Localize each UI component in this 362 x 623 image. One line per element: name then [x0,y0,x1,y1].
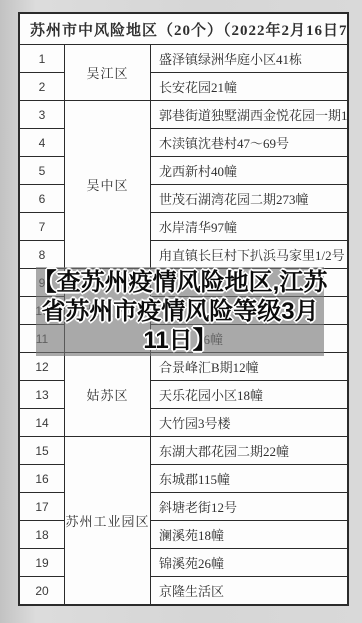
watermark-caption-line: 11日】 [143,326,216,355]
row-number: 18 [20,521,64,548]
row-number: 16 [20,465,64,492]
district-cell-sip: 苏州工业园区 [65,437,150,604]
risk-area-item: 龙西新村40幢 [151,157,347,184]
risk-area-item: 大竹园3号楼 [151,409,347,436]
row-number: 13 [20,381,64,408]
row-number: 15 [20,437,64,464]
district-cell-wuzhong: 吴中区 [65,101,150,268]
row-number: 19 [20,549,64,576]
row-number: 5 [20,157,64,184]
row-number: 14 [20,409,64,436]
risk-area-item: 甪直镇长巨村下扒浜马家里1/2号 [151,241,347,268]
screenshot-stage: 苏州市中风险地区（20个）（2022年2月16日7时） 1 2 3 4 5 6 … [0,0,362,623]
table-title: 苏州市中风险地区（20个）（2022年2月16日7时） [20,14,347,44]
district-cell-wujiang: 吴江区 [65,45,150,100]
row-number: 7 [20,213,64,240]
row-number: 8 [20,241,64,268]
row-number: 1 [20,45,64,72]
risk-area-item: 长安花园21幢 [151,73,347,100]
row-number: 2 [20,73,64,100]
risk-area-item: 锦溪苑26幢 [151,549,347,576]
watermark-caption-line: 省苏州市疫情风险等级3月 [41,297,318,326]
risk-area-item: 木渎镇沈巷村47～69号 [151,129,347,156]
watermark-caption-overlay: 【查苏州疫情风险地区,江苏 省苏州市疫情风险等级3月 11日】 [36,267,324,356]
district-cell-gusu: 姑苏区 [65,353,150,436]
risk-area-item: 东湖大郡花园二期22幢 [151,437,347,464]
row-number: 6 [20,185,64,212]
risk-area-item: 盛泽镇绿洲华庭小区41栋 [151,45,347,72]
risk-area-item: 澜溪苑18幢 [151,521,347,548]
risk-area-item: 世茂石湖湾花园二期273幢 [151,185,347,212]
row-number: 3 [20,101,64,128]
risk-area-item: 合景峰汇B期12幢 [151,353,347,380]
row-number: 20 [20,577,64,604]
risk-area-item: 京隆生活区 [151,577,347,604]
risk-area-item: 东城郡115幢 [151,465,347,492]
risk-area-item: 斜塘老街12号 [151,493,347,520]
risk-area-item: 天乐花园小区18幢 [151,381,347,408]
watermark-caption-line: 【查苏州疫情风险地区,江苏 [33,268,328,297]
risk-area-item: 郭巷街道独墅湖西金悦花园一期19幢 [151,101,347,128]
risk-area-item: 水岸清华97幢 [151,213,347,240]
row-number: 12 [20,353,64,380]
row-number: 4 [20,129,64,156]
row-number: 17 [20,493,64,520]
